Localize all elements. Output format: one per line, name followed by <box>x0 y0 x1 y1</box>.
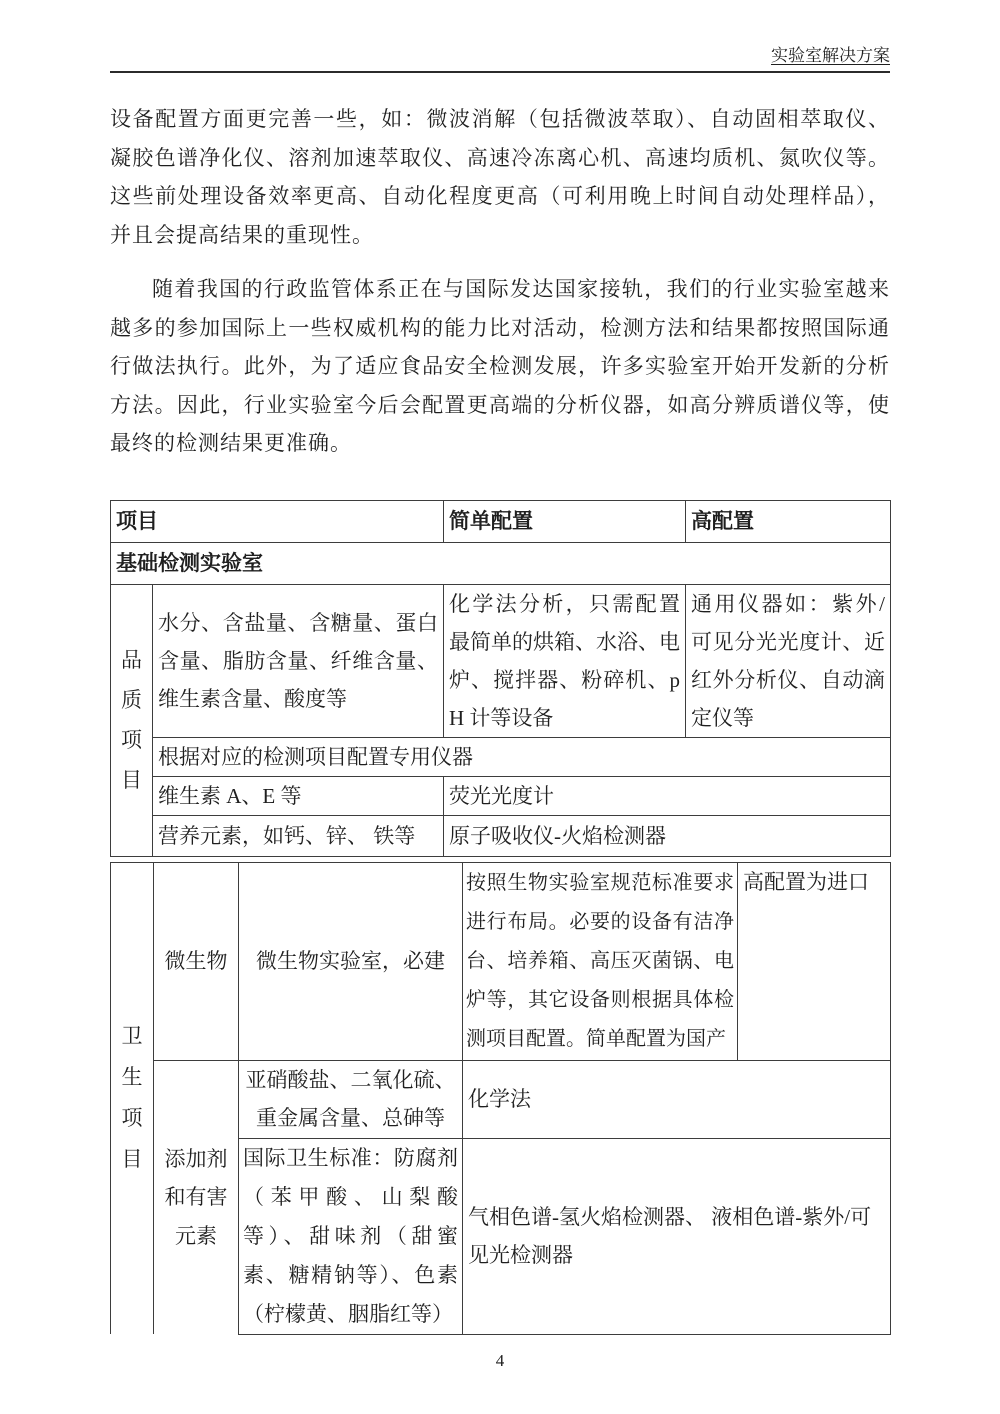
chemical-method-row: 添加剂和有害元素 亚硝酸盐、二氧化硫、重金属含量、总砷等 化学法 <box>111 1060 891 1138</box>
table-header-row: 项目 简单配置 高配置 <box>111 500 891 542</box>
vitamin-item-cell: 维生素 A、E 等 <box>153 776 444 815</box>
microbiology-row: 卫生项目 微生物 微生物实验室，必建 按照生物实验室规范标准要求进行布局。必要的… <box>111 862 891 1060</box>
column-header-project: 项目 <box>111 500 444 542</box>
page-number: 4 <box>496 1351 505 1370</box>
vitamin-row: 维生素 A、E 等 荧光光度计 <box>111 776 891 815</box>
group-label-quality-cell: 品质项目 <box>111 584 153 856</box>
quality-items-cell: 水分、含盐量、含糖量、蛋白含量、脂肪含量、纤维含量、维生素含量、酸度等 <box>153 584 444 737</box>
page-header: 实验室解决方案 <box>110 44 890 73</box>
micro-simple-config-cell: 按照生物实验室规范标准要求进行布局。必要的设备有洁净台、培养箱、高压灭菌锅、电炉… <box>463 862 738 1060</box>
micro-item-cell: 微生物实验室，必建 <box>239 862 463 1060</box>
additive-category-label: 添加剂和有害元素 <box>160 1140 232 1256</box>
vitamin-config-cell: 荧光光度计 <box>444 776 891 815</box>
dedicated-instruments-row: 根据对应的检测项目配置专用仪器 <box>111 737 891 776</box>
quality-simple-config-cell: 化学法分析，只需配置 最简单的烘箱、水浴、电炉、搅拌器、粉碎机、pH 计等设备 <box>444 584 686 737</box>
group-label-hygiene-cell: 卫生项目 <box>111 862 154 1334</box>
chem-config-cell: 化学法 <box>463 1060 891 1138</box>
column-header-simple-config: 简单配置 <box>444 500 686 542</box>
additive-item-cell: 国际卫生标准：防腐剂（苯甲酸、山梨酸等）、甜味剂（甜蜜素、糖精钠等）、色素（柠檬… <box>239 1138 463 1334</box>
section-title-row: 基础检测实验室 <box>111 542 891 584</box>
basic-lab-config-table: 项目 简单配置 高配置 基础检测实验室 品质项目 水分、含盐量、含糖量、蛋白含量… <box>110 500 891 857</box>
nutrient-config-cell: 原子吸收仪-火焰检测器 <box>444 815 891 856</box>
body-paragraph-2: 随着我国的行政监管体系正在与国际发达国家接轨，我们的行业实验室越来越多的参加国际… <box>110 270 890 463</box>
section-title-basic-lab: 基础检测实验室 <box>111 542 891 584</box>
micro-category-cell: 微生物 <box>154 862 239 1060</box>
quality-high-config-cell: 通用仪器如：紫外/可见分光光度计、近红外分析仪、自动滴定仪等 <box>686 584 891 737</box>
nutrient-item-cell: 营养元素，如钙、锌、 铁等 <box>153 815 444 856</box>
document-page: 实验室解决方案 设备配置方面更完善一些，如：微波消解（包括微波萃取）、自动固相萃… <box>0 0 1000 1414</box>
additive-category-cell: 添加剂和有害元素 <box>154 1060 239 1334</box>
group-label-quality: 品质项目 <box>119 640 145 800</box>
additive-config-cell: 气相色谱-氢火焰检测器、 液相色谱-紫外/可见光检测器 <box>463 1138 891 1334</box>
micro-high-config-cell: 高配置为进口 <box>738 862 891 1060</box>
hygiene-lab-config-table: 卫生项目 微生物 微生物实验室，必建 按照生物实验室规范标准要求进行布局。必要的… <box>110 862 891 1335</box>
page-footer: 4 <box>110 1349 890 1373</box>
body-paragraph-1: 设备配置方面更完善一些，如：微波消解（包括微波萃取）、自动固相萃取仪、凝胶色谱净… <box>110 100 890 254</box>
quality-items-row: 品质项目 水分、含盐量、含糖量、蛋白含量、脂肪含量、纤维含量、维生素含量、酸度等… <box>111 584 891 737</box>
group-label-hygiene: 卫生项目 <box>119 1016 145 1180</box>
column-header-high-config: 高配置 <box>686 500 891 542</box>
dedicated-instruments-cell: 根据对应的检测项目配置专用仪器 <box>153 737 891 776</box>
nutrient-row: 营养元素，如钙、锌、 铁等 原子吸收仪-火焰检测器 <box>111 815 891 856</box>
header-title: 实验室解决方案 <box>771 46 890 65</box>
chem-item-cell: 亚硝酸盐、二氧化硫、重金属含量、总砷等 <box>239 1060 463 1138</box>
